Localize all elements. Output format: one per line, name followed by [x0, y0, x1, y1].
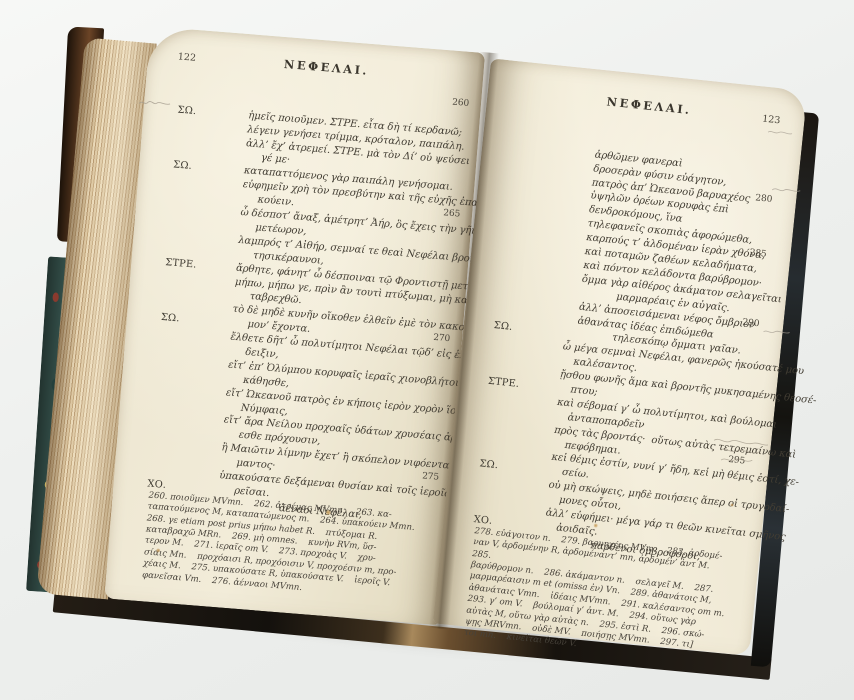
book-photo-background: 122 ΝΕΦΕΛΑΙ. ἡμεῖς ποιοῦμεν. ΣΤΡΕ. εἶτα … — [0, 0, 854, 700]
speaker-label: ΧΟ. — [147, 477, 167, 492]
right-page-number: 123 — [762, 114, 781, 127]
pencil-marginalia — [771, 184, 802, 196]
right-page: ΝΕΦΕΛΑΙ. 123 ἀρθῶμεν φανεραὶ δροσερὰν φύ… — [433, 58, 808, 656]
line-number: 275 — [421, 470, 439, 485]
pencil-marginalia — [767, 127, 794, 138]
pencil-marginalia — [711, 435, 770, 471]
pencil-marginalia — [762, 326, 791, 338]
line-number: 285 — [749, 247, 767, 263]
line-number: 280 — [755, 192, 773, 208]
line-number: 270 — [433, 332, 451, 347]
right-verse-block: ἀρθῶμεν φανεραὶ δροσερὰν φύσιν εὐάγητον,… — [474, 112, 778, 540]
speaker-label: ΧΟ. — [473, 513, 493, 529]
left-page: 122 ΝΕΦΕΛΑΙ. ἡμεῖς ποιοῦμεν. ΣΤΡΕ. εἶτα … — [104, 26, 485, 625]
line-number: 265 — [443, 207, 461, 222]
line-number: 290 — [742, 316, 760, 332]
left-verse-block: ἡμεῖς ποιοῦμεν. ΣΤΡΕ. εἶτα δὴ τί κερδανῶ… — [148, 76, 469, 501]
pencil-marginalia — [138, 95, 173, 110]
line-number: 260 — [452, 97, 470, 112]
open-book: 122 ΝΕΦΕΛΑΙ. ἡμεῖς ποιοῦμεν. ΣΤΡΕ. εἶτα … — [38, 14, 811, 665]
